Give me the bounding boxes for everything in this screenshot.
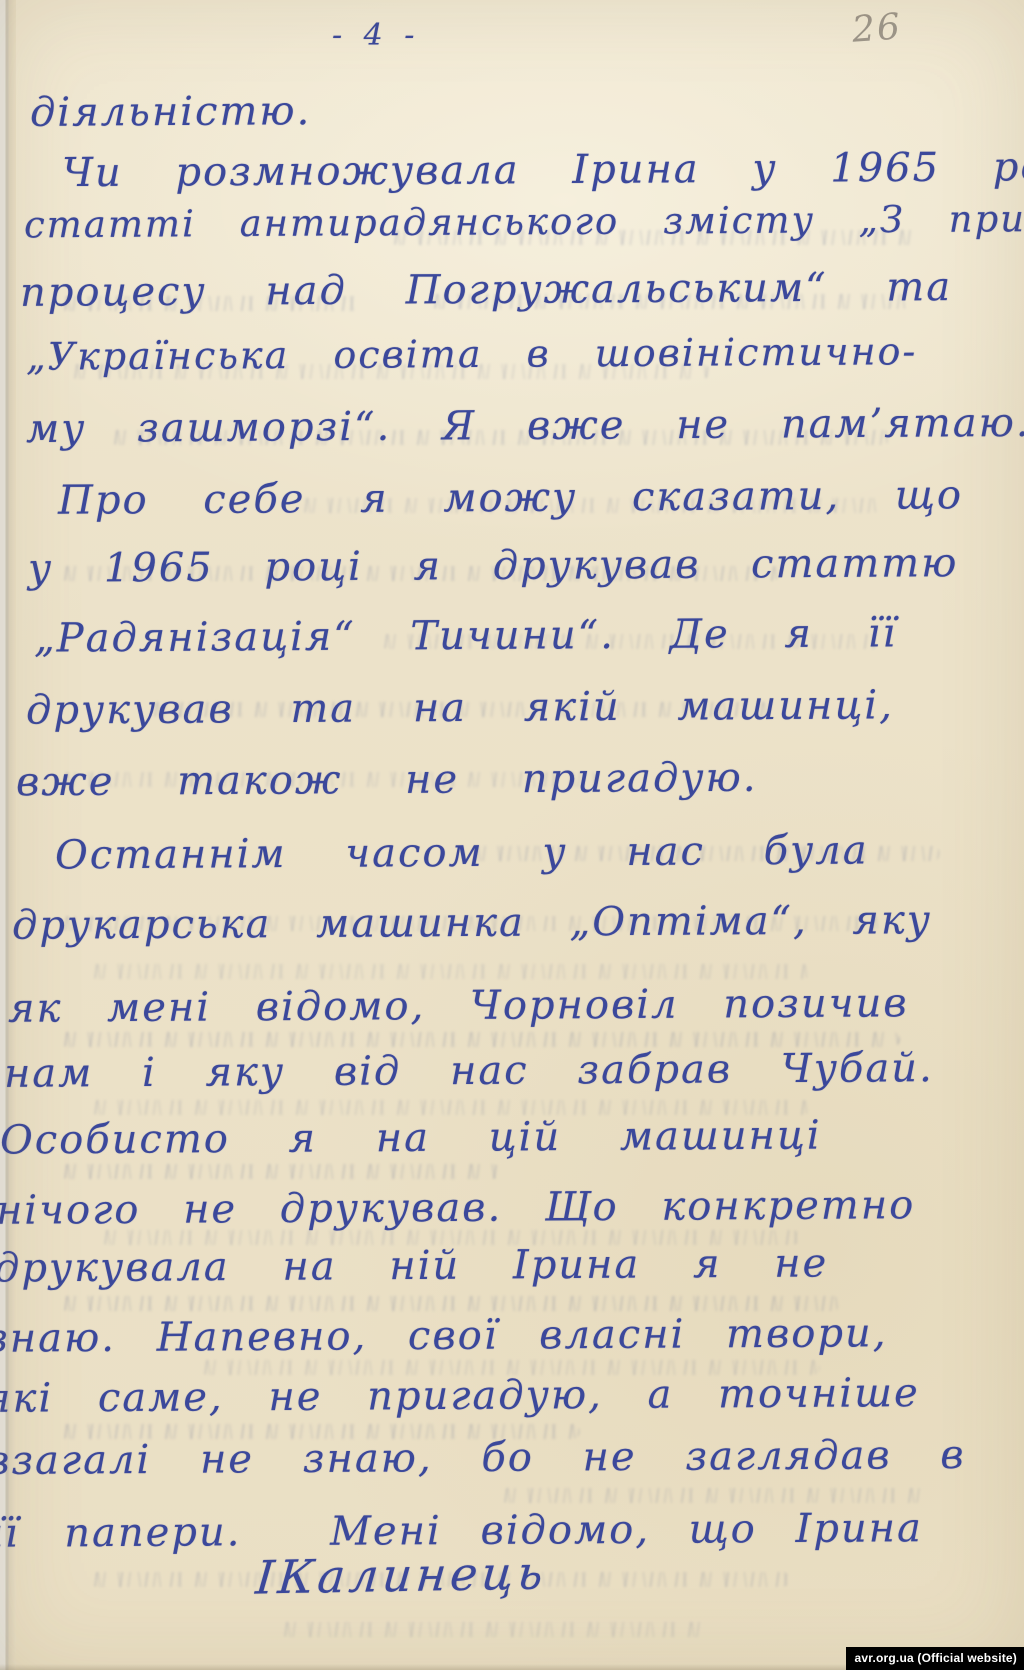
scan-vignette [0, 0, 1024, 1670]
scanned-document-page: - 4 - 26 діяльністю. Чи розмножувала Іри… [0, 0, 1024, 1670]
source-watermark: avr.org.ua (Official website) [846, 1647, 1024, 1670]
